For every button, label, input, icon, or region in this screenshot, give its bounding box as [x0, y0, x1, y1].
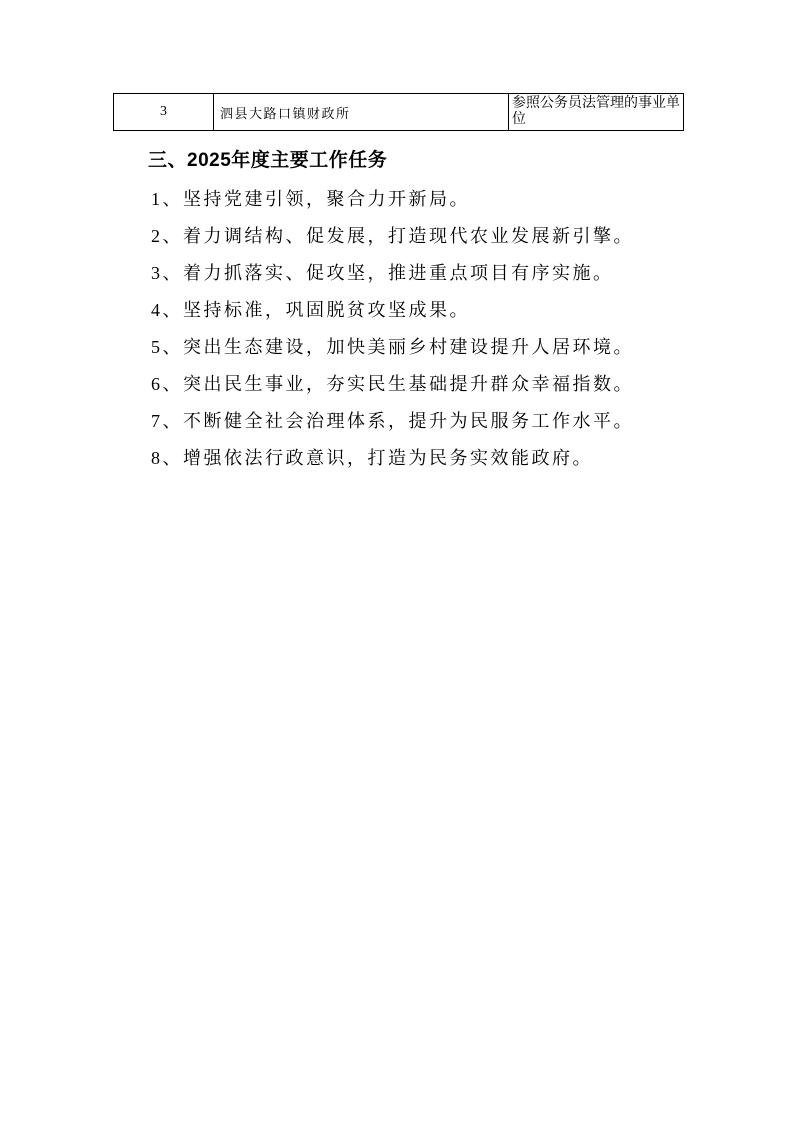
task-item-8: 8、增强依法行政意识，打造为民务实效能政府。	[151, 440, 711, 477]
task-item-7: 7、不断健全社会治理体系，提升为民服务工作水平。	[151, 403, 711, 440]
task-item-5: 5、突出生态建设，加快美丽乡村建设提升人居环境。	[151, 329, 711, 366]
task-item-2: 2、着力调结构、促发展，打造现代农业发展新引擎。	[151, 218, 711, 255]
continuation-table: 3 泗县大路口镇财政所 参照公务员法管理的事业单位	[113, 93, 684, 131]
cell-unit-category: 参照公务员法管理的事业单位	[509, 94, 684, 131]
task-list: 1、坚持党建引领，聚合力开新局。 2、着力调结构、促发展，打造现代农业发展新引擎…	[151, 181, 711, 477]
cell-row-number: 3	[114, 94, 214, 131]
section-heading: 三、2025年度主要工作任务	[148, 149, 387, 173]
task-item-6: 6、突出民生事业，夯实民生基础提升群众幸福指数。	[151, 366, 711, 403]
task-item-3: 3、着力抓落实、促攻坚，推进重点项目有序实施。	[151, 255, 711, 292]
table-row: 3 泗县大路口镇财政所 参照公务员法管理的事业单位	[114, 94, 684, 131]
task-item-1: 1、坚持党建引领，聚合力开新局。	[151, 181, 711, 218]
document-page: 3 泗县大路口镇财政所 参照公务员法管理的事业单位 三、2025年度主要工作任务…	[0, 0, 793, 1122]
cell-unit-name: 泗县大路口镇财政所	[214, 94, 509, 131]
task-item-4: 4、坚持标准，巩固脱贫攻坚成果。	[151, 292, 711, 329]
